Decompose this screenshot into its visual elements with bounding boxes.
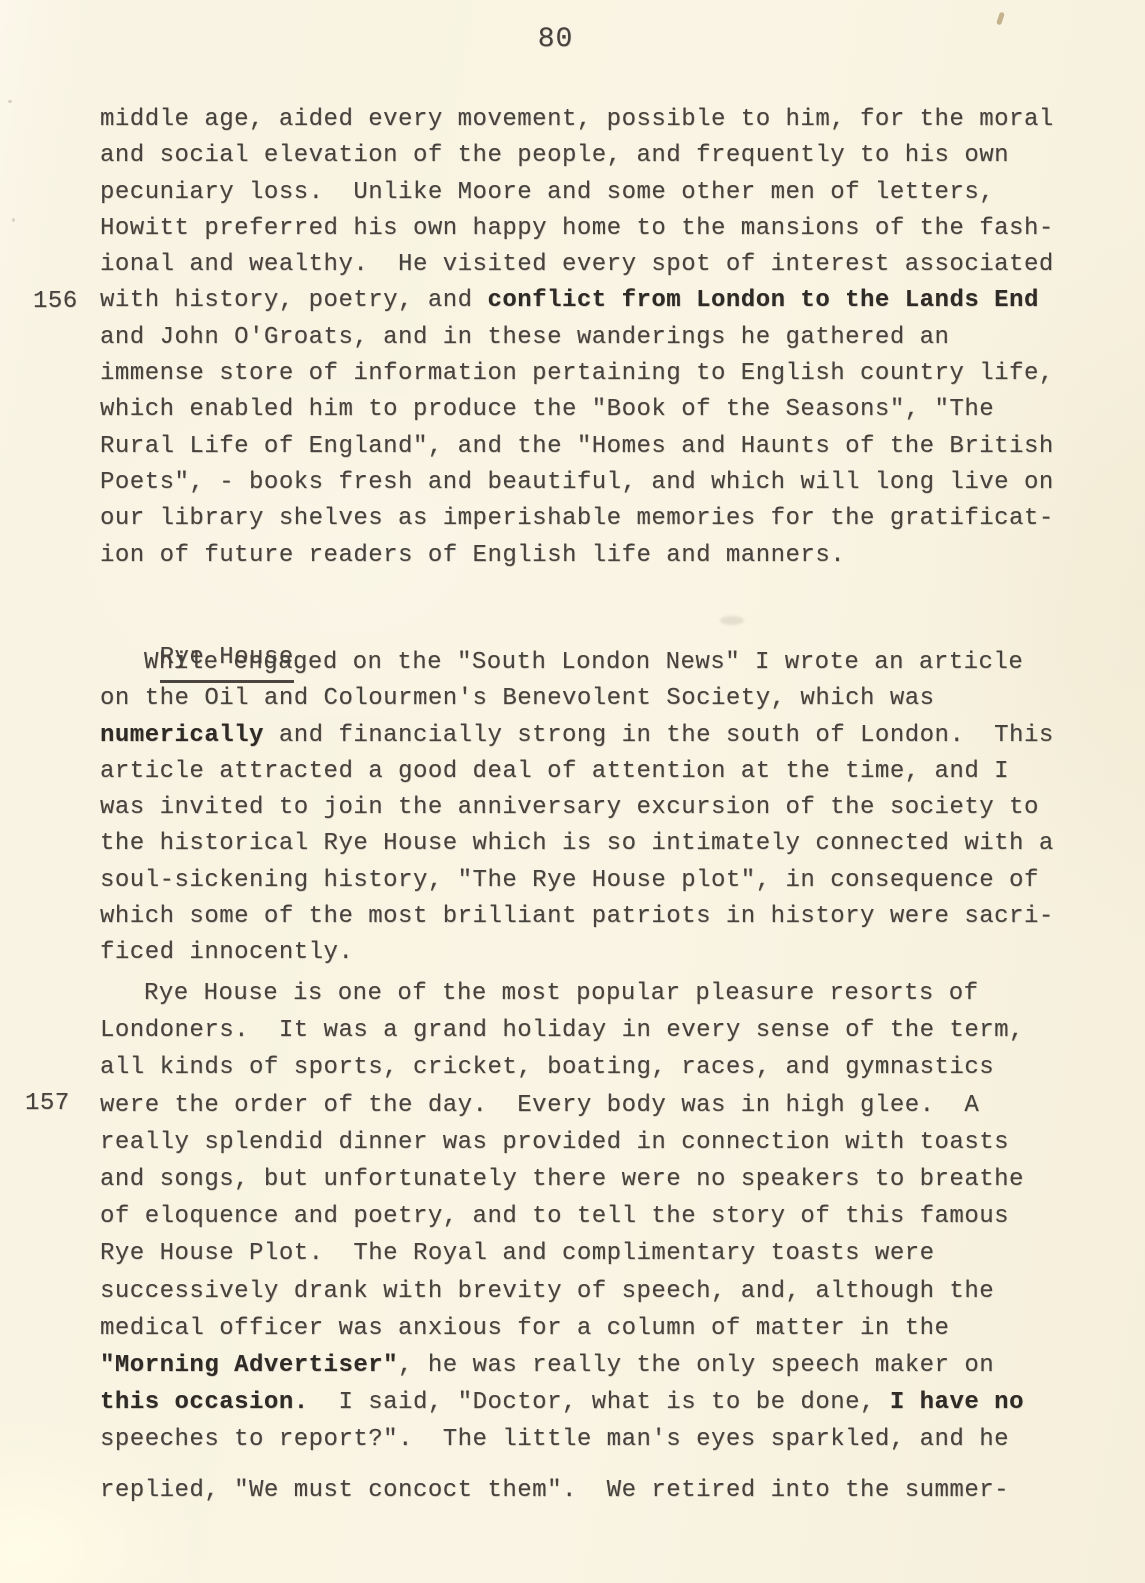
text-line: was invited to join the anniversary excu… xyxy=(100,790,1054,826)
margin-note-157: 157 xyxy=(25,1086,70,1122)
text-line: ion of future readers of English life an… xyxy=(100,538,1054,574)
text-line: were the order of the day. Every body wa… xyxy=(100,1087,1024,1124)
text-line: on the Oil and Colourmen's Benevolent So… xyxy=(100,681,1054,717)
text-line: all kinds of sports, cricket, boating, r… xyxy=(100,1049,1024,1086)
paper-fleck xyxy=(8,100,12,103)
text-line: numerically and financially strong in th… xyxy=(100,718,1054,754)
text-segment: , he was really the only speech maker on xyxy=(398,1352,994,1379)
text-line: Rye House is one of the most popular ple… xyxy=(100,975,1024,1012)
text-line: replied, "We must concoct them". We reti… xyxy=(100,1472,1024,1509)
text-line: pecuniary loss. Unlike Moore and some ot… xyxy=(100,175,1054,211)
text-line: and social elevation of the people, and … xyxy=(100,138,1054,174)
text-line: Howitt preferred his own happy home to t… xyxy=(100,211,1054,247)
text-line: this occasion. I said, "Doctor, what is … xyxy=(100,1384,1024,1421)
text-line: medical officer was anxious for a column… xyxy=(100,1310,1024,1347)
text-line: and John O'Groats, and in these wanderin… xyxy=(100,320,1054,356)
text-line: Rye House Plot. The Royal and compliment… xyxy=(100,1235,1024,1272)
text-line: which some of the most brilliant patriot… xyxy=(100,899,1054,935)
text-segment: and financially strong in the south of L… xyxy=(264,722,1054,749)
text-segment: numerically xyxy=(100,722,264,749)
paragraph-rye-house-excursion: Rye House is one of the most popular ple… xyxy=(100,975,1024,1509)
text-line: middle age, aided every movement, possib… xyxy=(100,102,1054,138)
margin-note-156: 156 xyxy=(33,284,78,320)
text-line: Poets", - books fresh and beautiful, and… xyxy=(100,465,1054,501)
text-line: which enabled him to produce the "Book o… xyxy=(100,392,1054,428)
text-line: Rural Life of England", and the "Homes a… xyxy=(100,429,1054,465)
text-line: and songs, but unfortunately there were … xyxy=(100,1161,1024,1198)
text-line: speeches to report?". The little man's e… xyxy=(100,1421,1024,1458)
paper-fleck xyxy=(12,218,15,222)
paragraph-south-london-news: While engaged on the "South London News"… xyxy=(100,645,1054,972)
text-line: ional and wealthy. He visited every spot… xyxy=(100,247,1054,283)
text-line: with history, poetry, and conflict from … xyxy=(100,283,1054,319)
text-line: While engaged on the "South London News"… xyxy=(100,645,1054,681)
text-line: the historical Rye House which is so int… xyxy=(100,826,1054,862)
text-segment: conflict from London to the Lands End xyxy=(487,287,1038,314)
text-line: soul-sickening history, "The Rye House p… xyxy=(100,863,1054,899)
text-segment: with history, poetry, and xyxy=(100,287,487,314)
text-segment: "Morning Advertiser" xyxy=(100,1352,398,1379)
text-segment: I said, "Doctor, what is to be done, xyxy=(309,1389,890,1416)
text-line: of eloquence and poetry, and to tell the… xyxy=(100,1198,1024,1235)
text-line: really splendid dinner was provided in c… xyxy=(100,1124,1024,1161)
text-line: article attracted a good deal of attenti… xyxy=(100,754,1054,790)
text-segment: this occasion. xyxy=(100,1389,309,1416)
page-number: 80 xyxy=(0,22,1111,58)
text-line: immense store of information pertaining … xyxy=(100,356,1054,392)
text-line: "Morning Advertiser", he was really the … xyxy=(100,1347,1024,1384)
text-line: Londoners. It was a grand holiday in eve… xyxy=(100,1012,1024,1049)
text-line: our library shelves as imperishable memo… xyxy=(100,501,1054,537)
text-line: successively drank with brevity of speec… xyxy=(100,1273,1024,1310)
text-segment: I have no xyxy=(890,1389,1024,1416)
text-line: ficed innocently. xyxy=(100,935,1054,971)
manuscript-page: 80 156 157 middle age, aided every movem… xyxy=(0,0,1145,1583)
paper-smudge xyxy=(720,616,744,625)
paragraph-howitt: middle age, aided every movement, possib… xyxy=(100,102,1054,574)
